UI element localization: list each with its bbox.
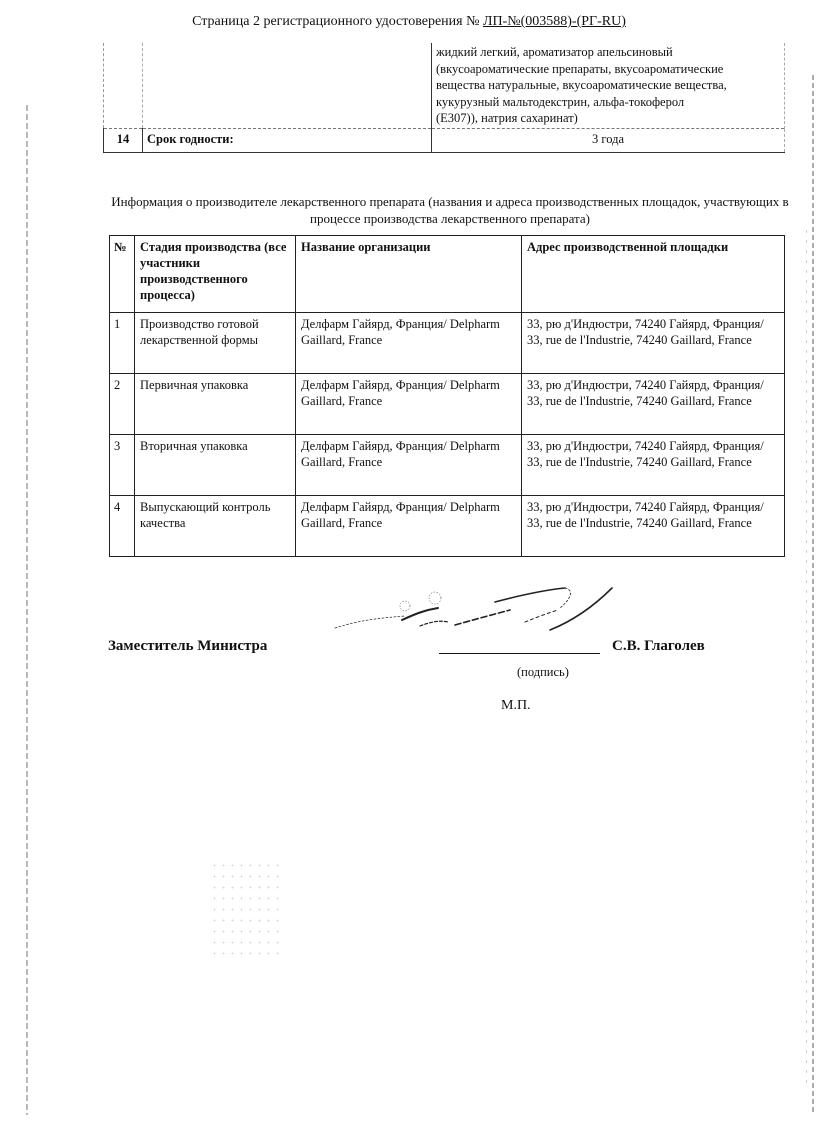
shelf-life-value: 3 года <box>432 128 785 152</box>
table-header-row: № Стадия производства (все участники про… <box>110 236 785 313</box>
cell-address: 33, рю д'Индюстри, 74240 Гайярд, Франция… <box>522 374 785 435</box>
cell-number: 4 <box>110 496 135 557</box>
scan-speckle-artifact <box>210 860 280 960</box>
cell-stage: Производство готовой лекарственной формы <box>135 313 296 374</box>
cell-organization: Делфарм Гайярд, Франция/ Delpharm Gailla… <box>296 435 522 496</box>
cell-organization: Делфарм Гайярд, Франция/ Delpharm Gailla… <box>296 374 522 435</box>
cell-organization: Делфарм Гайярд, Франция/ Delpharm Gailla… <box>296 313 522 374</box>
cell-number: 2 <box>110 374 135 435</box>
cell-number: 1 <box>110 313 135 374</box>
table-row: 3 Вторичная упаковка Делфарм Гайярд, Фра… <box>110 435 785 496</box>
shelf-life-row: 14 Срок годности: 3 года <box>104 128 785 152</box>
stamp-place-label: М.П. <box>501 698 531 714</box>
cell-organization: Делфарм Гайярд, Франция/ Delpharm Gailla… <box>296 496 522 557</box>
composition-continuation-row: жидкий легкий, ароматизатор апельсиновый… <box>104 43 785 128</box>
composition-continuation-cell: жидкий легкий, ароматизатор апельсиновый… <box>432 43 785 128</box>
manufacturer-table: № Стадия производства (все участники про… <box>109 235 785 557</box>
column-header-organization: Название организации <box>296 236 522 313</box>
signature-caption: (подпись) <box>517 665 569 680</box>
scan-artifact-right-edge <box>812 75 814 1115</box>
table-row: 1 Производство готовой лекарственной фор… <box>110 313 785 374</box>
cell-address: 33, рю д'Индюстри, 74240 Гайярд, Франция… <box>522 435 785 496</box>
composition-line: жидкий легкий, ароматизатор апельсиновый <box>436 44 780 61</box>
composition-line: вещества натуральные, вкусоароматические… <box>436 77 780 94</box>
manufacturer-info-title: Информация о производителе лекарственног… <box>100 193 800 227</box>
shelf-life-label: Срок годности: <box>143 128 432 152</box>
page-header: Страница 2 регистрационного удостоверени… <box>0 14 818 30</box>
cell-number: 3 <box>110 435 135 496</box>
page-header-prefix: Страница 2 регистрационного удостоверени… <box>192 14 483 29</box>
cell-stage: Вторичная упаковка <box>135 435 296 496</box>
column-header-number: № <box>110 236 135 313</box>
composition-line: (Е307)), натрия сахаринат) <box>436 110 780 127</box>
composition-line: (вкусоароматические препараты, вкусоаром… <box>436 61 780 78</box>
table-row: 4 Выпускающий контроль качества Делфарм … <box>110 496 785 557</box>
column-header-address: Адрес производственной площадки <box>522 236 785 313</box>
cell-address: 33, рю д'Индюстри, 74240 Гайярд, Франция… <box>522 313 785 374</box>
registration-details-table-continuation: жидкий легкий, ароматизатор апельсиновый… <box>103 43 785 153</box>
signature-line <box>439 652 600 654</box>
composition-line: кукурузный мальтодекстрин, альфа-токофер… <box>436 94 780 111</box>
handwritten-signature-icon <box>330 580 620 640</box>
table-row: 2 Первичная упаковка Делфарм Гайярд, Фра… <box>110 374 785 435</box>
signatory-position: Заместитель Министра <box>108 638 267 655</box>
cell-address: 33, рю д'Индюстри, 74240 Гайярд, Франция… <box>522 496 785 557</box>
registration-number: ЛП-№(003588)-(РГ-RU) <box>483 14 626 29</box>
signatory-name: С.В. Глаголев <box>612 638 705 655</box>
scan-artifact-right-edge-inner <box>806 230 807 1090</box>
cell-stage: Выпускающий контроль качества <box>135 496 296 557</box>
column-header-stage: Стадия производства (все участники произ… <box>135 236 296 313</box>
row-number: 14 <box>104 128 143 152</box>
cell-stage: Первичная упаковка <box>135 374 296 435</box>
scan-artifact-left-edge <box>26 105 28 1115</box>
